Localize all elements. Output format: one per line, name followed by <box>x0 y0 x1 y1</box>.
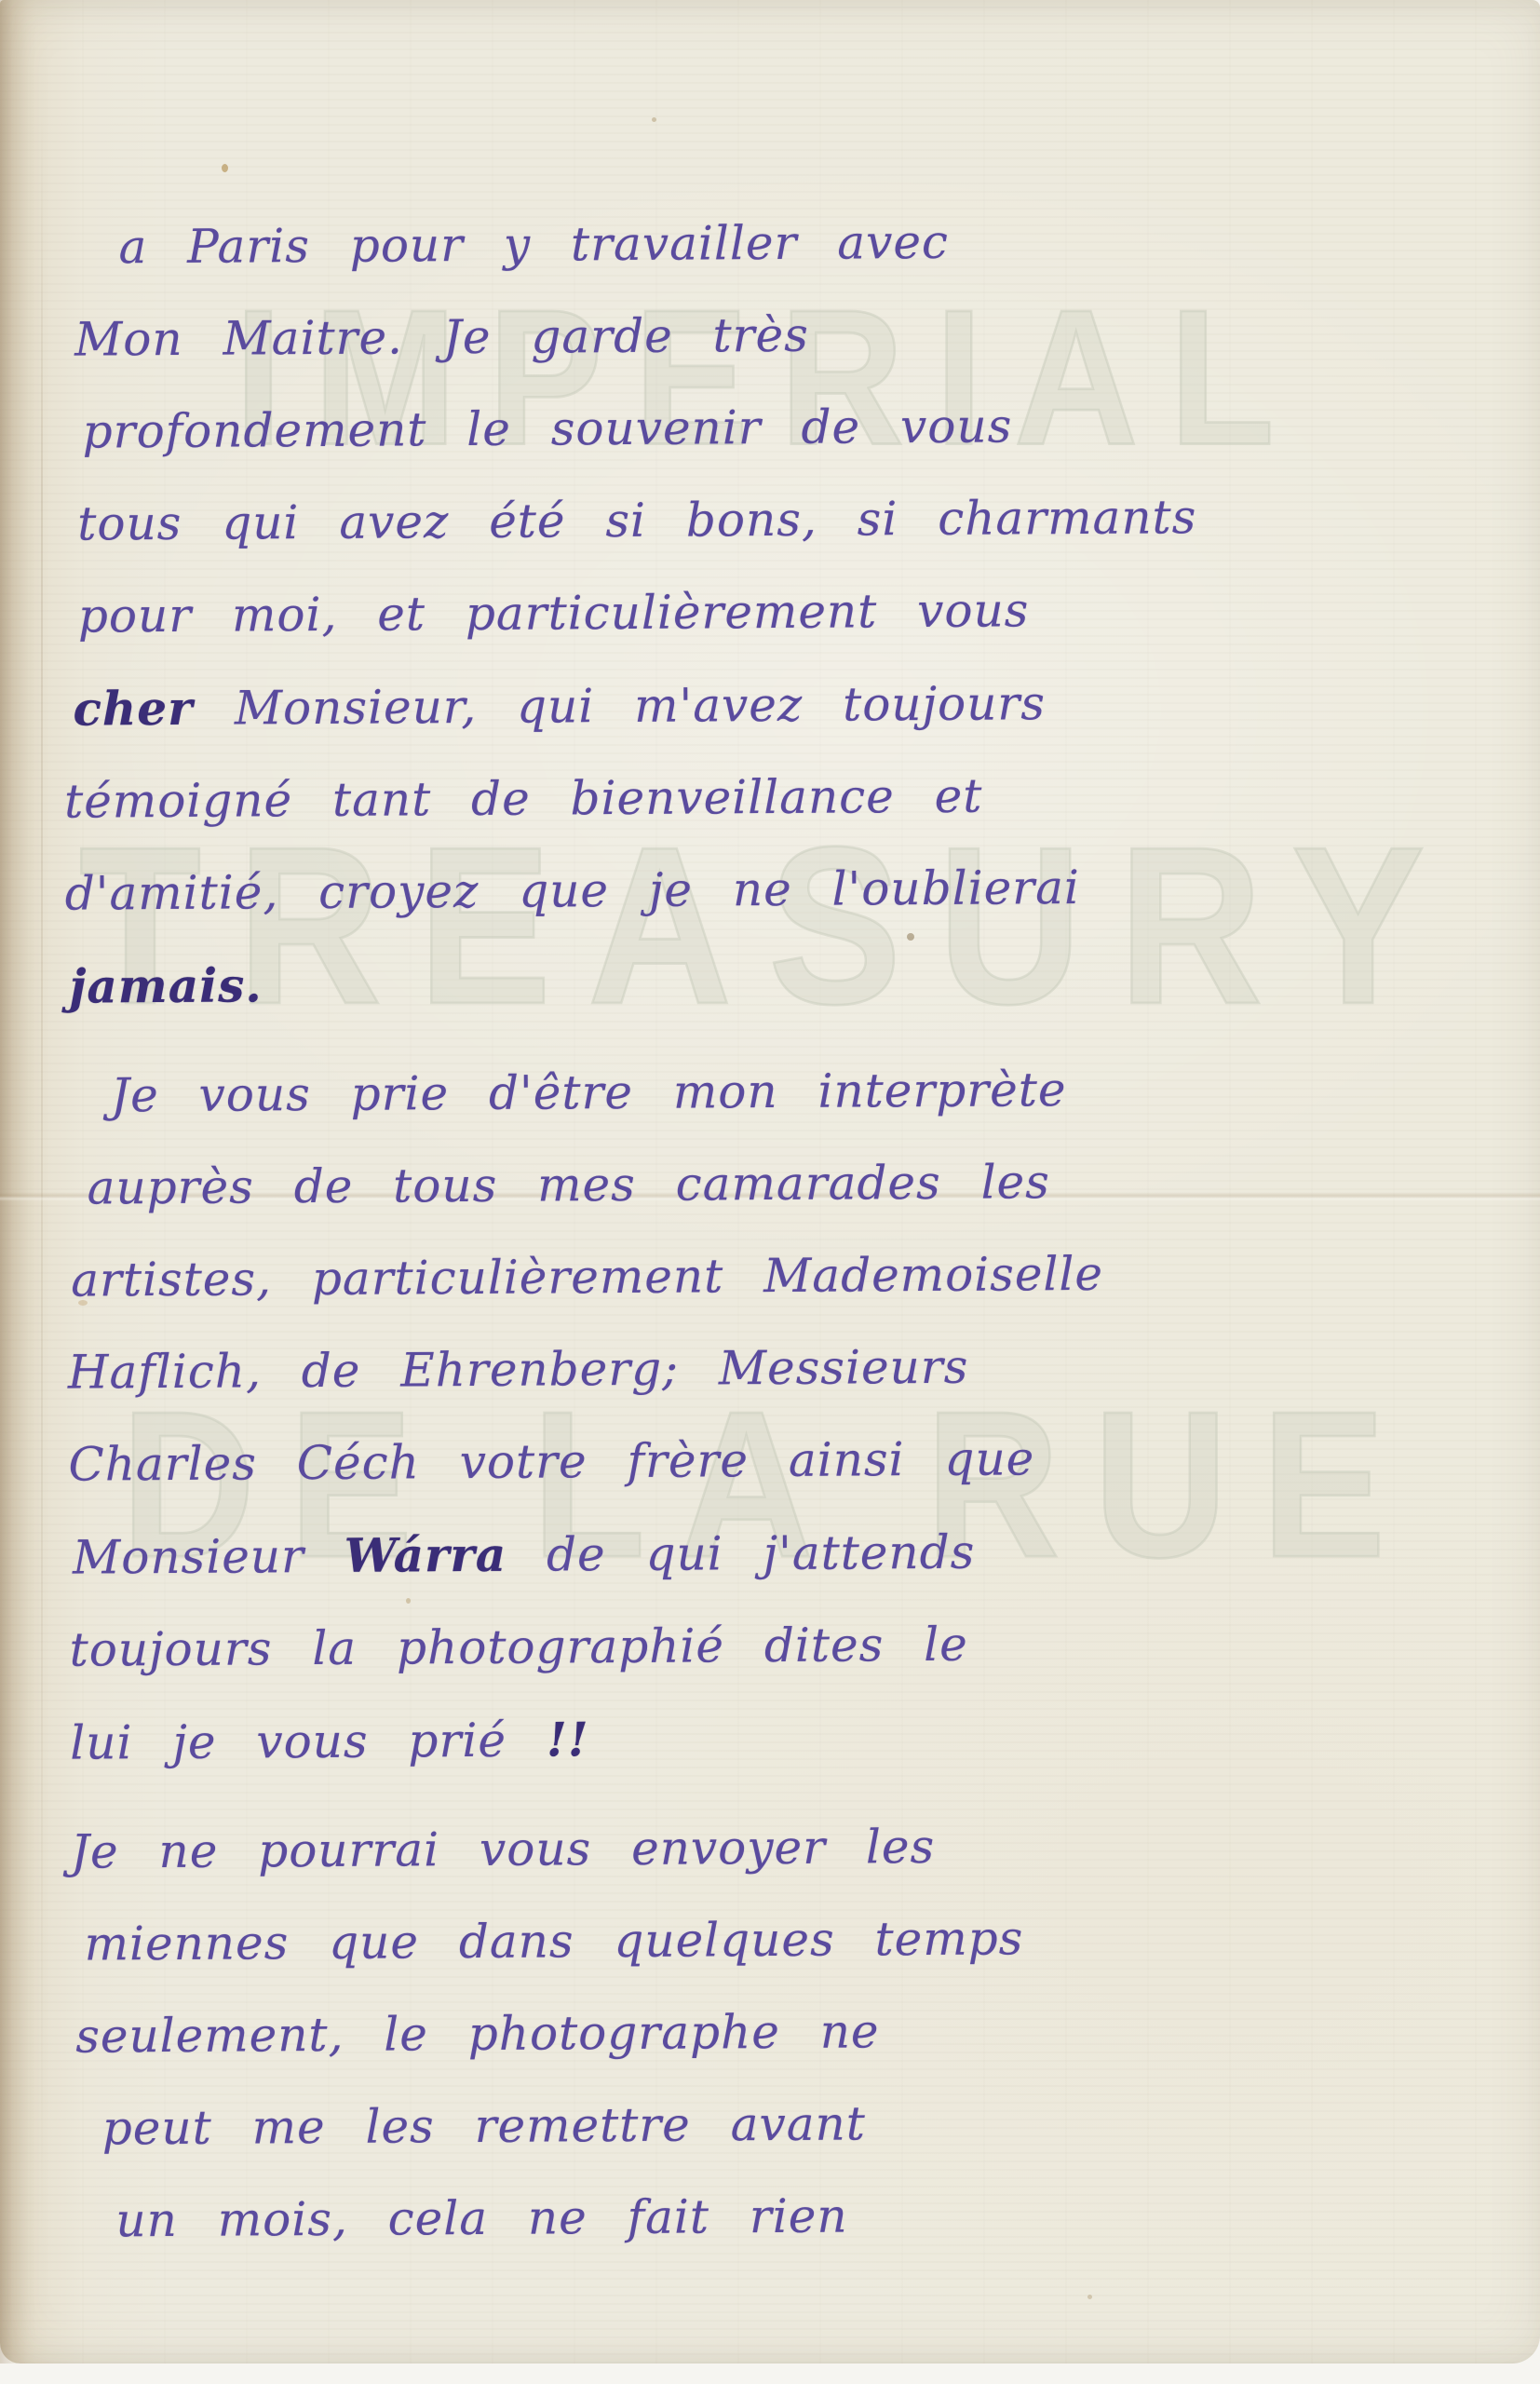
letter-line-text: auprès de tous mes camarades les <box>87 1155 1050 1214</box>
foxing-speck <box>222 164 228 172</box>
letter-line: un mois, cela ne fait rien <box>73 2166 1489 2267</box>
letter-line: pour moi, et particulièrement vous <box>63 562 1479 662</box>
page-fold-edge <box>0 0 48 2364</box>
letter-line: toujours la photographié dites le <box>69 1595 1485 1696</box>
letter-line-text: miennes que dans quelques temps <box>84 1911 1023 1971</box>
letter-line-text: un mois, cela ne fait rien <box>115 2189 848 2248</box>
letter-line-text: Monsieur <box>73 1529 344 1585</box>
letter-line: Je ne pourrai vous envoyer les <box>71 1797 1487 1898</box>
letter-line-text: Je vous prie d'être mon interprète <box>111 1063 1067 1122</box>
letter-line-text: d'amitié, croyez que je ne l'oublierai <box>65 860 1081 921</box>
letter-line-text: profondement le souvenir de vous <box>83 399 1013 458</box>
letter-line: profondement le souvenir de vous <box>61 377 1478 478</box>
letter-line-text: témoigné tant de bienveillance et <box>64 769 983 829</box>
letter-line: cher Monsieur, qui m'avez toujours <box>63 654 1479 755</box>
letter-line-text: Haflich, de Ehrenberg; Messieurs <box>68 1340 969 1400</box>
letter-line-text: Je ne pourrai vous envoyer les <box>71 1820 935 1879</box>
letter-line-text: Monsieur, qui m'avez toujours <box>235 676 1046 735</box>
emphasized-word: Wárra <box>344 1527 507 1583</box>
letter-line: Monsieur Wárra de qui j'attends <box>69 1502 1485 1604</box>
letter-line-text: seulement, le photographe ne <box>75 2004 880 2063</box>
letter-line: jamais. <box>65 931 1481 1033</box>
foxing-speck <box>1087 2295 1092 2299</box>
letter-line: seulement, le photographe ne <box>72 1982 1488 2082</box>
letter-line: miennes que dans quelques temps <box>71 1890 1487 1990</box>
letter-line-text: toujours la photographié dites le <box>70 1618 968 1677</box>
letter-line: peut me les remettre avant <box>73 2074 1489 2174</box>
letter-line: témoigné tant de bienveillance et <box>64 747 1480 847</box>
letter-line-text: lui je vous prié <box>70 1713 547 1770</box>
letter-line: Je vous prie d'être mon interprète <box>66 1041 1482 1142</box>
letter-line: Charles Céch votre frère ainsi que <box>68 1410 1484 1510</box>
letter-line: lui je vous prié !! <box>70 1687 1486 1789</box>
paper-sheet: IMPERIAL TREASURY DE LA RUE a Paris pour… <box>0 0 1540 2364</box>
letter-line-text: Charles Céch votre frère ainsi que <box>68 1431 1034 1491</box>
letter-line-text: peut me les remettre avant <box>102 2096 866 2155</box>
letter-line-text: tous qui avez été si bons, si charmants <box>77 490 1196 550</box>
letter-line-text: artistes, particulièrement Mademoiselle <box>71 1247 1103 1307</box>
emphasized-word: jamais. <box>69 957 263 1013</box>
letter-line: auprès de tous mes camarades les <box>66 1133 1482 1234</box>
letter-line: a Paris pour y travailler avec <box>61 193 1477 293</box>
letter-line: Mon Maitre. Je garde très <box>61 285 1478 386</box>
letter-paragraph: Je ne pourrai vous envoyer lesmiennes qu… <box>71 1797 1489 2267</box>
letter-body: a Paris pour y travailler avecMon Maitre… <box>61 193 1489 2283</box>
letter-paragraph: Je vous prie d'être mon interprèteauprès… <box>66 1041 1486 1789</box>
foxing-speck <box>652 117 656 122</box>
letter-line: Haflich, de Ehrenberg; Messieurs <box>68 1318 1484 1418</box>
letter-line-text: pour moi, et particulièrement vous <box>78 583 1030 643</box>
letter-line: tous qui avez été si bons, si charmants <box>62 469 1479 570</box>
letter-line-text: de qui j'attends <box>507 1525 976 1582</box>
letter-line: d'amitié, croyez que je ne l'oublierai <box>64 839 1480 940</box>
letter-line: artistes, particulièrement Mademoiselle <box>67 1226 1483 1326</box>
letter-paragraph: a Paris pour y travailler avecMon Maitre… <box>61 193 1480 1033</box>
scanned-letter-page: IMPERIAL TREASURY DE LA RUE a Paris pour… <box>0 0 1540 2384</box>
letter-line-text: a Paris pour y travailler avec <box>118 215 949 274</box>
emphasized-word: !! <box>547 1712 589 1767</box>
emphasized-word: cher <box>73 681 235 737</box>
letter-line-text: Mon Maitre. Je garde très <box>74 308 809 367</box>
